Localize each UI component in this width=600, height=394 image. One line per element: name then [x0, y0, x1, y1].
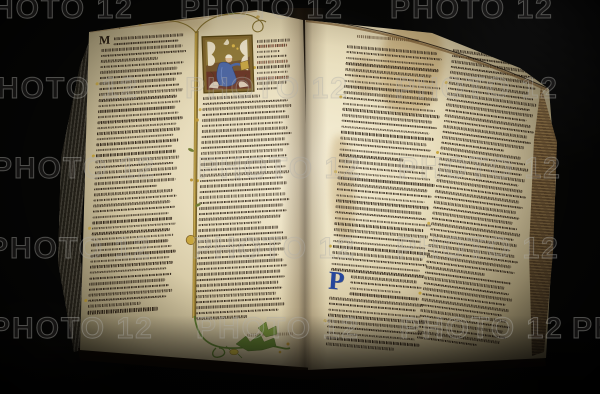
script-line: [196, 292, 276, 298]
script-line: [200, 181, 287, 187]
left-text-column-2: [195, 93, 293, 323]
script-line: [197, 269, 281, 275]
script-line: [201, 137, 285, 143]
manuscript-photo: M: [0, 0, 600, 394]
script-line: [94, 178, 175, 185]
script-line: [88, 295, 166, 302]
script-line: [195, 308, 278, 314]
script-line: [202, 126, 288, 132]
script-line: [196, 281, 278, 287]
left-text-column-1: [87, 33, 187, 318]
script-line: [101, 57, 158, 63]
script-line: [195, 315, 247, 320]
script-line: [197, 258, 283, 264]
script-line: [257, 50, 280, 54]
script-line: [88, 302, 141, 308]
script-line: [199, 192, 285, 198]
script-line: [199, 203, 283, 209]
script-line: [203, 94, 260, 99]
illuminated-miniature: [201, 34, 255, 94]
miniature-scene: [201, 34, 255, 94]
initial-letter-p: P: [328, 271, 345, 292]
script-line: [257, 87, 278, 90]
script-line: [202, 115, 289, 121]
script-line: [198, 221, 261, 226]
script-line: [199, 214, 281, 220]
explicit-line: [88, 307, 158, 315]
script-line: [198, 247, 285, 253]
script-line: [201, 148, 283, 154]
gutter-shadow: [281, 8, 327, 370]
initial-letter-m: M: [99, 34, 110, 47]
script-line: [201, 159, 281, 165]
script-line: [198, 226, 278, 232]
